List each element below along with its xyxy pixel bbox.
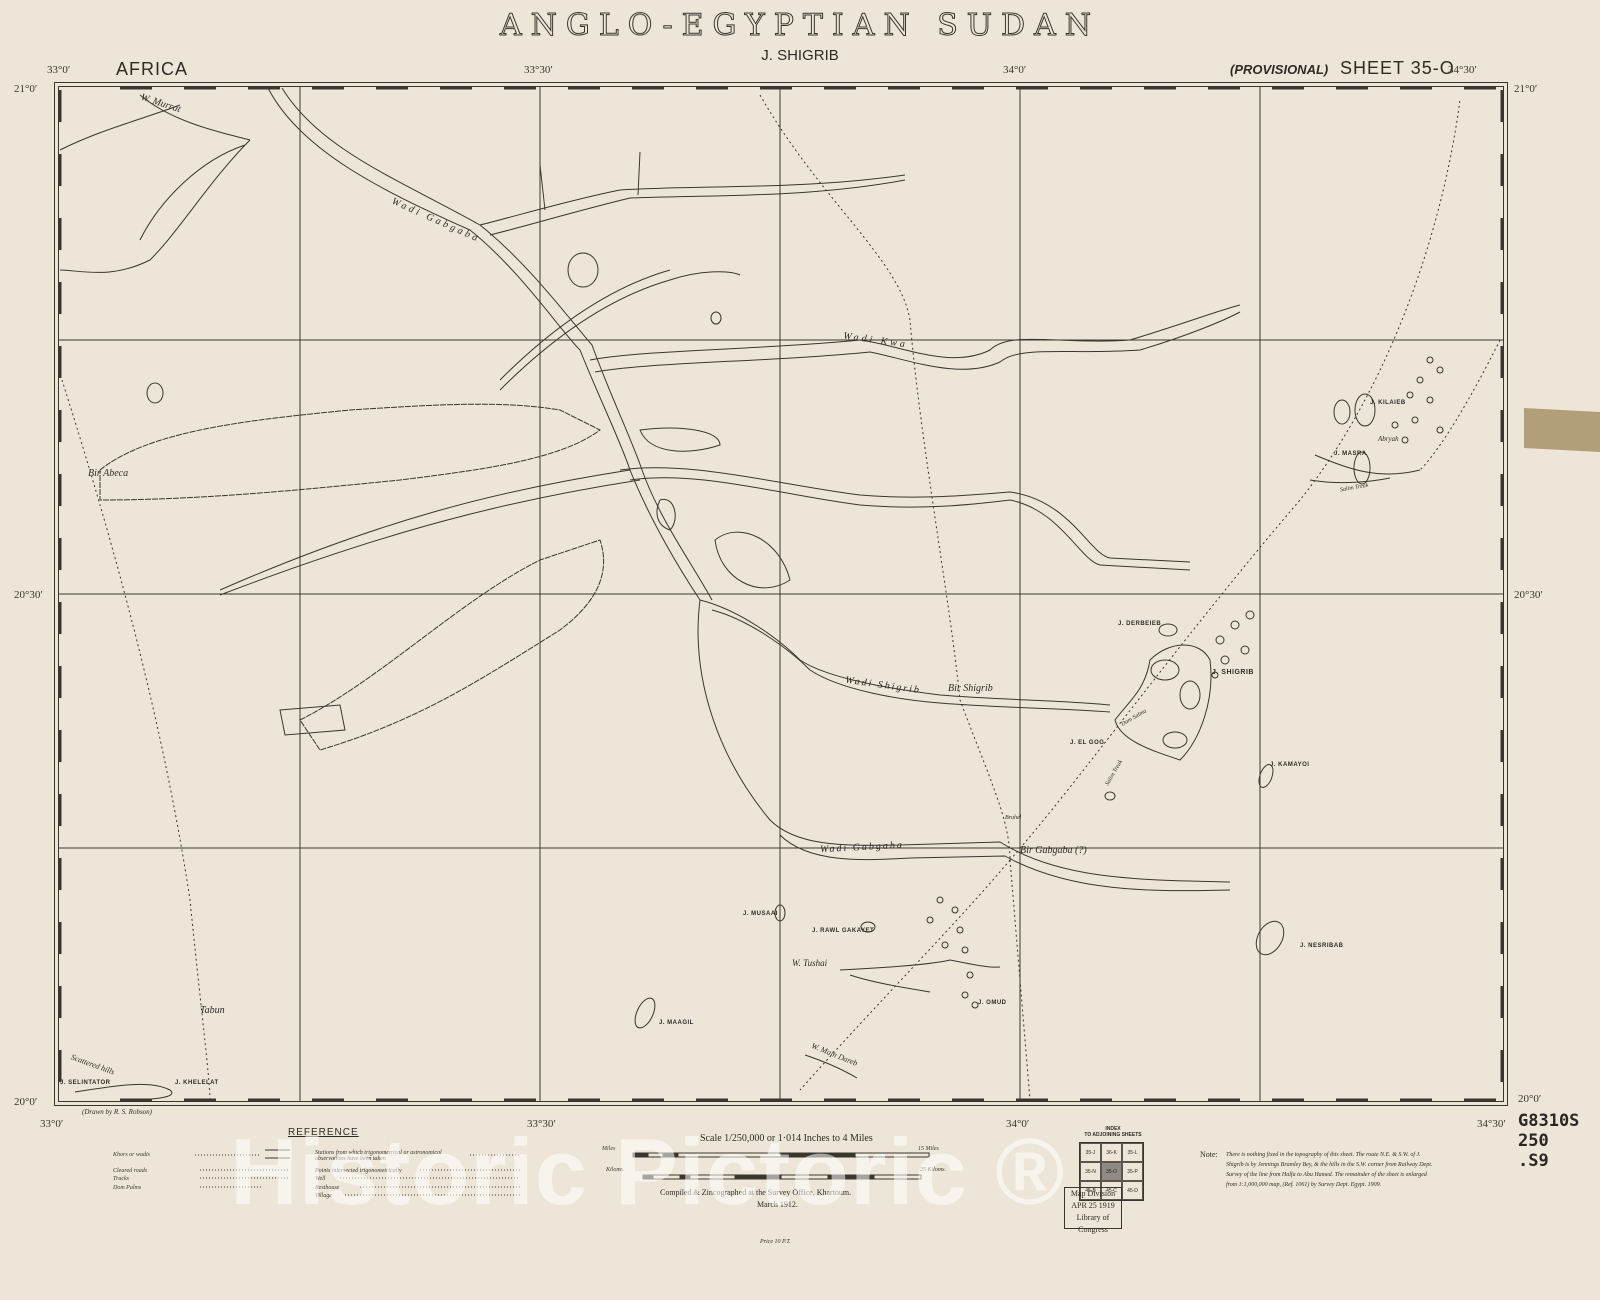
index-cell: 45-D	[1122, 1181, 1143, 1200]
stamp-line2: APR 25 1919	[1065, 1200, 1121, 1212]
reference-symbols	[0, 0, 1600, 1300]
price: Price 10 P.T.	[760, 1239, 791, 1245]
note-label: Note:	[1200, 1150, 1218, 1159]
index-title-line2: TO ADJOINING SHEETS	[1078, 1132, 1148, 1138]
index-title: INDEX TO ADJOINING SHEETS	[1078, 1126, 1148, 1138]
call-number-line3: .S9	[1518, 1151, 1579, 1171]
library-stamp: Map Division APR 25 1919 Library of Cong…	[1064, 1187, 1122, 1229]
call-number-line2: 250	[1518, 1131, 1579, 1151]
call-number-line1: G8310S	[1518, 1111, 1579, 1131]
watermark: Historic Pictoric ®	[230, 1118, 1065, 1226]
index-cell: 35-N	[1080, 1162, 1101, 1181]
stamp-line1: Map Division	[1065, 1188, 1121, 1200]
index-cell: 35-L	[1122, 1143, 1143, 1162]
index-cell: 36-K	[1101, 1143, 1122, 1162]
call-number: G8310S 250 .S9	[1518, 1111, 1579, 1171]
index-cell-current: 35-O	[1101, 1162, 1122, 1181]
index-cell: 35-P	[1122, 1162, 1143, 1181]
note-text: There is nothing fixed in the topography…	[1226, 1150, 1436, 1190]
index-cell: 35-J	[1080, 1143, 1101, 1162]
stamp-line3: Library of Congress	[1065, 1212, 1121, 1236]
